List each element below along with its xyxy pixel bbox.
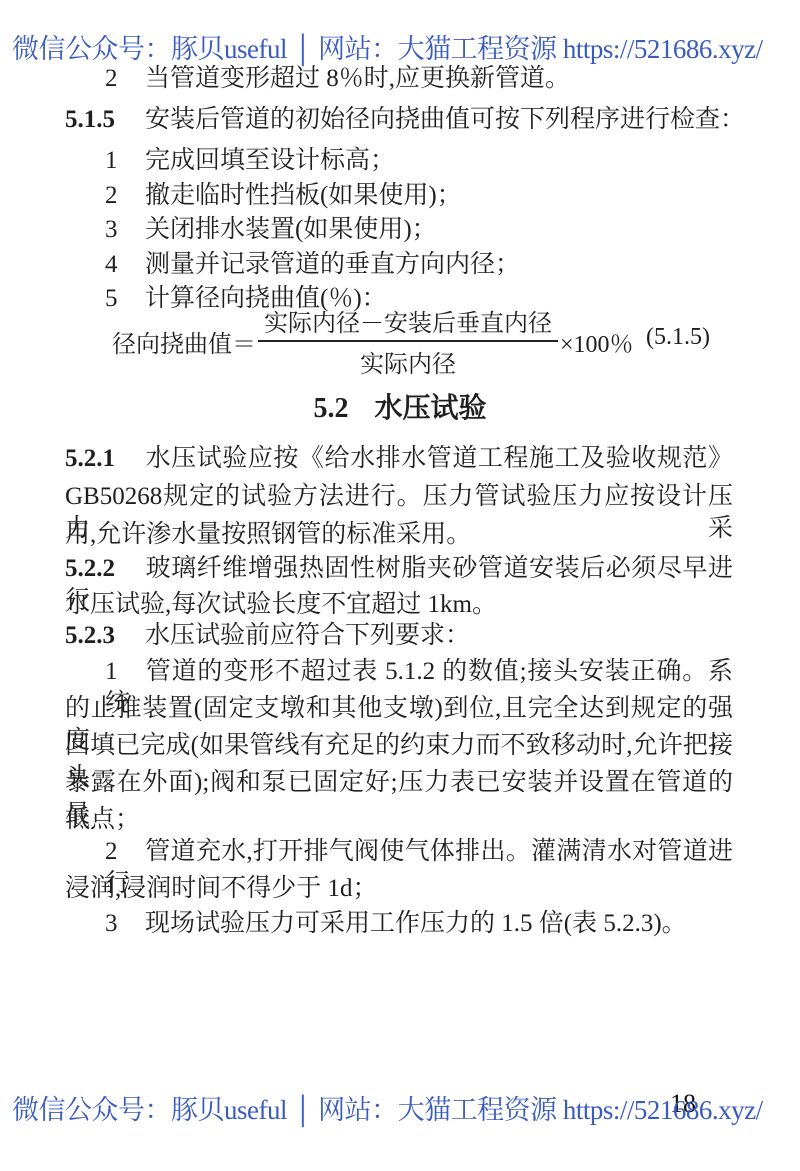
section-52-number: 5.2 xyxy=(313,393,348,424)
section-52-title: 水压试验 xyxy=(374,393,486,424)
section-515-number: 5.1.5 xyxy=(65,104,145,136)
formula-numerator: 实际内径－安装后垂直内径 xyxy=(258,303,558,342)
step-4-line: 4测量并记录管道的垂直方向内径； xyxy=(105,249,520,281)
req-2-text-2: 浸润,浸润时间不得少于 1d； xyxy=(65,875,378,902)
section-522-number: 5.2.2 xyxy=(65,553,145,585)
req-1-number: 1 xyxy=(105,656,145,688)
watermark-header: 微信公众号：豚贝useful │ 网站：大猫工程资源 https://52168… xyxy=(12,27,798,66)
section-522-line-2: 水压试验,每次试验长度不宜超过 1km。 xyxy=(65,589,497,621)
step-2-line: 2撤走临时性挡板(如果使用)； xyxy=(105,180,462,212)
section-523-number: 5.2.3 xyxy=(65,620,145,652)
step-3-line: 3关闭排水装置(如果使用)； xyxy=(105,214,437,246)
req-1-text-5: 低点； xyxy=(65,806,140,833)
step-4-number: 4 xyxy=(105,249,145,281)
req-2-line-2: 浸润,浸润时间不得少于 1d； xyxy=(65,873,378,905)
formula-denominator: 实际内径 xyxy=(258,342,558,379)
step-2-number: 2 xyxy=(105,180,145,212)
req-3-number: 3 xyxy=(105,908,145,940)
req-1-line-4: 暴露在外面);阀和泵已固定好;压力表已安装并设置在管道的最 xyxy=(65,767,733,831)
req-3-text: 现场试验压力可采用工作压力的 1.5 倍(表 5.2.3)。 xyxy=(145,910,687,937)
section-522-text-2: 水压试验,每次试验长度不宜超过 1km。 xyxy=(65,591,497,618)
step-2-text: 撤走临时性挡板(如果使用)； xyxy=(145,182,462,209)
clause-2-line: 2当管道变形超过 8％时,应更换新管道。 xyxy=(105,63,570,95)
section-521-text-1: 水压试验应按《给水排水管道工程施工及验收规范》 xyxy=(145,445,733,472)
step-1-line: 1完成回填至设计标高； xyxy=(105,145,395,177)
formula-equation-number: (5.1.5) xyxy=(646,324,710,351)
section-521-line-1: 5.2.1水压试验应按《给水排水管道工程施工及验收规范》 xyxy=(65,443,733,475)
req-1-text-4: 暴露在外面);阀和泵已固定好;压力表已安装并设置在管道的最 xyxy=(65,769,733,828)
section-523-text: 水压试验前应符合下列要求： xyxy=(145,622,470,649)
formula-lhs: 径向挠曲值＝ xyxy=(112,324,256,359)
section-523-line: 5.2.3水压试验前应符合下列要求： xyxy=(65,620,470,652)
step-3-text: 关闭排水装置(如果使用)； xyxy=(145,216,437,243)
section-521-line-3: 用,允许渗水量按照钢管的标准采用。 xyxy=(65,519,471,551)
step-3-number: 3 xyxy=(105,214,145,246)
clause-2-number: 2 xyxy=(105,63,145,95)
step-1-text: 完成回填至设计标高； xyxy=(145,147,395,174)
step-1-number: 1 xyxy=(105,145,145,177)
document-page: 微信公众号：豚贝useful │ 网站：大猫工程资源 https://52168… xyxy=(0,0,800,1171)
deflection-formula: 径向挠曲值＝实际内径－安装后垂直内径实际内径×100％ xyxy=(112,312,634,370)
section-515-text: 安装后管道的初始径向挠曲值可按下列程序进行检查： xyxy=(145,106,745,133)
req-3-line: 3现场试验压力可采用工作压力的 1.5 倍(表 5.2.3)。 xyxy=(105,908,687,940)
req-1-line-5: 低点； xyxy=(65,804,140,836)
section-521-number: 5.2.1 xyxy=(65,443,145,475)
formula-multiplier: ×100％ xyxy=(560,324,634,359)
step-4-text: 测量并记录管道的垂直方向内径； xyxy=(145,251,520,278)
step-5-number: 5 xyxy=(105,283,145,315)
clause-2-text: 当管道变形超过 8％时,应更换新管道。 xyxy=(145,65,570,92)
section-52-heading: 5.2水压试验 xyxy=(0,386,800,426)
req-2-number: 2 xyxy=(105,836,145,868)
section-521-text-3: 用,允许渗水量按照钢管的标准采用。 xyxy=(65,521,471,548)
formula-fraction: 实际内径－安装后垂直内径实际内径 xyxy=(258,303,558,379)
section-515-line: 5.1.5安装后管道的初始径向挠曲值可按下列程序进行检查： xyxy=(65,104,745,136)
watermark-footer: 微信公众号：豚贝useful │ 网站：大猫工程资源 https://52168… xyxy=(12,1088,798,1127)
